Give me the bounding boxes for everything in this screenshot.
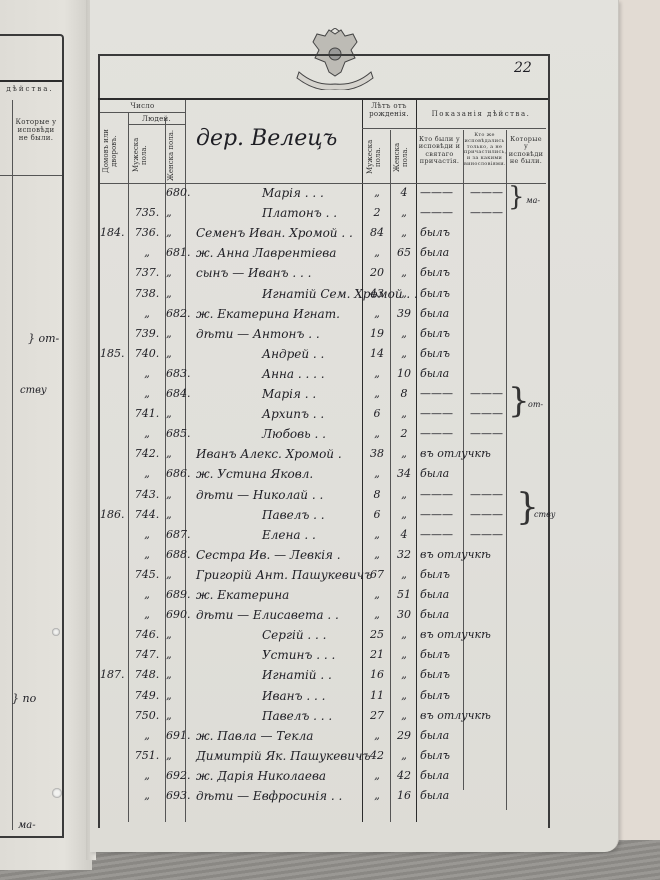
left-header-rule xyxy=(0,80,62,82)
age-male: 14 xyxy=(364,347,390,360)
male-soul-number: 738. xyxy=(130,287,164,300)
age-male: 38 xyxy=(364,447,390,460)
person-name: ж. Екатерина xyxy=(196,588,289,602)
female-soul-number: 684. xyxy=(166,387,186,400)
person-name: Иванъ Алекс. Хромой . xyxy=(196,447,342,461)
col-rule-only-confession xyxy=(506,130,507,810)
header-age-male: Мужеска пола. xyxy=(366,132,388,182)
age-female: „ xyxy=(392,689,416,702)
female-soul-number: „ xyxy=(166,266,186,279)
person-name: ж. Дарія Николаева xyxy=(196,769,326,783)
header-confessed: Кто были у исповѣди и святаго причастія. xyxy=(417,136,462,166)
person-name: Андрей . . xyxy=(262,347,324,361)
male-soul-number: 748. xyxy=(130,668,164,681)
confession-status-2: ——— xyxy=(470,528,503,541)
male-soul-number: 749. xyxy=(130,689,164,702)
age-male: 6 xyxy=(364,407,390,420)
left-facing-page: дѣйства. Которые у исповѣди не были. } о… xyxy=(0,0,92,870)
age-male: 43 xyxy=(364,287,390,300)
confession-status-2: ——— xyxy=(470,407,503,420)
age-female: „ xyxy=(392,287,416,300)
female-soul-number: 692. xyxy=(166,769,186,782)
age-male: „ xyxy=(364,588,390,601)
confession-status: ——— xyxy=(420,528,453,541)
female-soul-number: „ xyxy=(166,488,186,501)
confession-status: былъ xyxy=(420,689,450,702)
age-male: 27 xyxy=(364,709,390,722)
age-male: „ xyxy=(364,307,390,320)
female-soul-number: „ xyxy=(166,749,186,762)
female-soul-number: „ xyxy=(166,347,186,360)
header-testimony: Показанія дѣйства. xyxy=(416,110,546,118)
male-soul-number: „ xyxy=(130,608,164,621)
rule-count xyxy=(100,112,185,113)
male-soul-number: „ xyxy=(130,246,164,259)
female-soul-number: 689. xyxy=(166,588,186,601)
confession-status: была xyxy=(420,588,449,601)
female-soul-number: „ xyxy=(166,327,186,340)
female-soul-number: „ xyxy=(166,709,186,722)
left-note-2: ству xyxy=(20,385,47,396)
male-soul-number: 737. xyxy=(130,266,164,279)
margin-note-1: ма- xyxy=(526,196,540,205)
village-title: дер. Велецъ xyxy=(196,126,337,151)
left-header-fragment: дѣйства. xyxy=(2,85,58,93)
age-female: 4 xyxy=(392,528,416,541)
female-soul-number: 685. xyxy=(166,427,186,440)
male-soul-number: 735. xyxy=(130,206,164,219)
age-female: „ xyxy=(392,266,416,279)
confession-status: была xyxy=(420,467,449,480)
house-number: 184. xyxy=(100,226,128,239)
age-female: 10 xyxy=(392,367,416,380)
confession-status: ——— xyxy=(420,387,453,400)
age-female: „ xyxy=(392,347,416,360)
header-count: Число xyxy=(100,102,185,110)
age-female: „ xyxy=(392,447,416,460)
confession-status: ——— xyxy=(420,508,453,521)
person-name: Марія . . xyxy=(262,387,316,401)
age-male: 84 xyxy=(364,226,390,239)
left-page-frame xyxy=(0,34,64,838)
person-name: сынъ — Иванъ . . . xyxy=(196,266,311,280)
confession-status: былъ xyxy=(420,266,450,279)
confession-status: былъ xyxy=(420,287,450,300)
person-name: Елена . . xyxy=(262,528,316,542)
male-soul-number: „ xyxy=(130,387,164,400)
male-soul-number: 741. xyxy=(130,407,164,420)
age-female: „ xyxy=(392,226,416,239)
age-male: „ xyxy=(364,729,390,742)
person-name: Павелъ . . xyxy=(262,508,325,522)
person-name: ж. Екатерина Игнат. xyxy=(196,307,340,321)
house-number: 186. xyxy=(100,508,128,521)
confession-status: былъ xyxy=(420,749,450,762)
male-soul-number: 746. xyxy=(130,628,164,641)
binding-hole xyxy=(52,788,62,798)
age-male: 67 xyxy=(364,568,390,581)
female-soul-number: „ xyxy=(166,628,186,641)
confession-status-2: ——— xyxy=(470,427,503,440)
age-male: 21 xyxy=(364,648,390,661)
person-name: дѣти — Антонъ . . xyxy=(196,327,320,341)
female-soul-number: 688. xyxy=(166,548,186,561)
age-female: 16 xyxy=(392,789,416,802)
female-soul-number: „ xyxy=(166,287,186,300)
male-soul-number: „ xyxy=(130,528,164,541)
age-female: „ xyxy=(392,648,416,661)
header-female: Женска пола. xyxy=(167,128,183,182)
male-soul-number: 743. xyxy=(130,488,164,501)
age-female: „ xyxy=(392,668,416,681)
confession-status: ——— xyxy=(420,407,453,420)
male-soul-number: „ xyxy=(130,467,164,480)
age-female: 39 xyxy=(392,307,416,320)
female-soul-number: „ xyxy=(166,508,186,521)
margin-note-3: ству xyxy=(534,510,555,519)
male-soul-number: 736. xyxy=(130,226,164,239)
confession-status: была xyxy=(420,246,449,259)
confession-status-2: ——— xyxy=(470,387,503,400)
male-soul-number: „ xyxy=(130,789,164,802)
age-female: „ xyxy=(392,488,416,501)
confession-status: былъ xyxy=(420,648,450,661)
age-male: „ xyxy=(364,769,390,782)
female-soul-number: „ xyxy=(166,568,186,581)
confession-status-2: ——— xyxy=(470,488,503,501)
person-name: Григорій Ант. Пашукевичъ xyxy=(196,568,372,582)
age-male: „ xyxy=(364,608,390,621)
age-female: 51 xyxy=(392,588,416,601)
female-soul-number: „ xyxy=(166,226,186,239)
header-age: Лѣтъ отъ рожденія. xyxy=(362,102,416,118)
person-name: дѣти — Евфросинія . . xyxy=(196,789,342,803)
age-female: 2 xyxy=(392,427,416,440)
house-number: 187. xyxy=(100,668,128,681)
age-female: 34 xyxy=(392,467,416,480)
confession-status: въ отлучкѣ xyxy=(420,628,491,641)
brace-group-2: } xyxy=(508,384,530,418)
age-male: 20 xyxy=(364,266,390,279)
confession-status: была xyxy=(420,307,449,320)
age-female: „ xyxy=(392,327,416,340)
confession-status-2: ——— xyxy=(470,186,503,199)
age-male: „ xyxy=(364,467,390,480)
col-rule-houses xyxy=(128,112,129,822)
female-soul-number: 682. xyxy=(166,307,186,320)
female-soul-number: „ xyxy=(166,407,186,420)
male-soul-number: „ xyxy=(130,769,164,782)
header-souls: Людей. xyxy=(128,115,185,123)
confession-status: ——— xyxy=(420,206,453,219)
confession-status: была xyxy=(420,769,449,782)
female-soul-number: 693. xyxy=(166,789,186,802)
male-soul-number: 750. xyxy=(130,709,164,722)
age-male: 2 xyxy=(364,206,390,219)
person-name: Игнатій . . xyxy=(262,668,332,682)
age-female: 30 xyxy=(392,608,416,621)
age-female: „ xyxy=(392,749,416,762)
person-name: Платонъ . . xyxy=(262,206,337,220)
female-soul-number: „ xyxy=(166,206,186,219)
male-soul-number: 742. xyxy=(130,447,164,460)
male-soul-number: „ xyxy=(130,548,164,561)
female-soul-number: 686. xyxy=(166,467,186,480)
age-male: 19 xyxy=(364,327,390,340)
header-houses: Домовъ или дворовъ. xyxy=(102,122,126,180)
confession-status: была xyxy=(420,789,449,802)
left-col-not-confessed: Которые у исповѣди не были. xyxy=(14,118,58,142)
female-soul-number: „ xyxy=(166,668,186,681)
person-name: Семенъ Иван. Хромой . . xyxy=(196,226,353,240)
female-soul-number: 681. xyxy=(166,246,186,259)
header-top-rule xyxy=(98,98,548,100)
person-name: ж. Павла — Текла xyxy=(196,729,313,743)
person-name: Устинъ . . . xyxy=(262,648,335,662)
confession-status: была xyxy=(420,608,449,621)
age-female: „ xyxy=(392,508,416,521)
male-soul-number: „ xyxy=(130,427,164,440)
female-soul-number: 687. xyxy=(166,528,186,541)
confession-status: въ отлучкѣ xyxy=(420,447,491,460)
age-female: „ xyxy=(392,568,416,581)
age-male: „ xyxy=(364,186,390,199)
person-name: Павелъ . . . xyxy=(262,709,332,723)
col-rule-age-f xyxy=(416,100,417,822)
female-soul-number: „ xyxy=(166,648,186,661)
age-male: „ xyxy=(364,427,390,440)
age-female: 4 xyxy=(392,186,416,199)
person-name: Марія . . . xyxy=(262,186,324,200)
header-male: Мужеска пола. xyxy=(132,128,162,182)
male-soul-number: „ xyxy=(130,588,164,601)
book-edge xyxy=(618,0,660,840)
age-female: 8 xyxy=(392,387,416,400)
age-female: „ xyxy=(392,628,416,641)
confession-status-2: ——— xyxy=(470,206,503,219)
confession-status: въ отлучкѣ xyxy=(420,709,491,722)
rule-age xyxy=(362,128,546,129)
person-name: Любовь . . xyxy=(262,427,326,441)
left-note-3: } по xyxy=(12,692,36,705)
confession-status: въ отлучкѣ xyxy=(420,548,491,561)
person-name: ж. Анна Лаврентіева xyxy=(196,246,336,260)
male-soul-number: „ xyxy=(130,307,164,320)
male-soul-number: „ xyxy=(130,367,164,380)
left-note-1: } от- xyxy=(28,332,59,345)
header-age-female: Женска пола. xyxy=(393,132,415,182)
header-not-confessed: Которые у исповѣди не были. xyxy=(507,136,545,166)
age-female: 29 xyxy=(392,729,416,742)
age-male: „ xyxy=(364,548,390,561)
col-rule-name xyxy=(362,100,363,822)
female-soul-number: 683. xyxy=(166,367,186,380)
male-soul-number: „ xyxy=(130,729,164,742)
header-only-confession: Кто же исповѣдались только, а не причаст… xyxy=(464,133,505,168)
female-soul-number: „ xyxy=(166,447,186,460)
person-name: Сестра Ив. — Левкія . xyxy=(196,548,341,562)
age-male: „ xyxy=(364,789,390,802)
male-soul-number: 740. xyxy=(130,347,164,360)
age-male: 25 xyxy=(364,628,390,641)
male-soul-number: 747. xyxy=(130,648,164,661)
age-female: 32 xyxy=(392,548,416,561)
confession-status: былъ xyxy=(420,347,450,360)
confession-status: былъ xyxy=(420,568,450,581)
age-male: „ xyxy=(364,528,390,541)
male-soul-number: 745. xyxy=(130,568,164,581)
person-name: ж. Устина Яковл. xyxy=(196,467,313,481)
confession-status: ——— xyxy=(420,427,453,440)
age-male: 42 xyxy=(364,749,390,762)
confession-status: ——— xyxy=(420,186,453,199)
margin-note-2: от- xyxy=(528,400,543,409)
brace-group-3: } xyxy=(516,490,539,526)
age-male: 16 xyxy=(364,668,390,681)
female-soul-number: 680. xyxy=(166,186,186,199)
age-female: „ xyxy=(392,709,416,722)
age-female: 65 xyxy=(392,246,416,259)
male-soul-number: 751. xyxy=(130,749,164,762)
left-header-bottom-rule xyxy=(0,175,62,176)
age-female: „ xyxy=(392,206,416,219)
rule-souls xyxy=(128,124,185,125)
confession-status: былъ xyxy=(420,668,450,681)
age-male: „ xyxy=(364,367,390,380)
left-col-rule xyxy=(12,100,13,830)
age-male: 11 xyxy=(364,689,390,702)
binding-hole xyxy=(52,628,60,636)
confession-status: былъ xyxy=(420,226,450,239)
col-rule-age-m xyxy=(390,130,391,822)
person-name: дѣти — Елисавета . . xyxy=(196,608,339,622)
person-name: дѣти — Николай . . xyxy=(196,488,323,502)
person-name: Иванъ . . . xyxy=(262,689,325,703)
confession-status: была xyxy=(420,729,449,742)
person-name: Архипъ . . xyxy=(262,407,324,421)
female-soul-number: 691. xyxy=(166,729,186,742)
header-bottom-rule xyxy=(100,183,546,184)
brace-group-1: } xyxy=(508,184,525,210)
male-soul-number: 739. xyxy=(130,327,164,340)
age-male: 8 xyxy=(364,488,390,501)
age-male: „ xyxy=(364,246,390,259)
confession-status: была xyxy=(420,367,449,380)
female-soul-number: „ xyxy=(166,689,186,702)
person-name: Димитрій Як. Пашукевичъ xyxy=(196,749,370,763)
person-name: Анна . . . . xyxy=(262,367,325,381)
age-male: „ xyxy=(364,387,390,400)
male-soul-number: 744. xyxy=(130,508,164,521)
confession-status: былъ xyxy=(420,327,450,340)
house-number: 185. xyxy=(100,347,128,360)
confession-status: ——— xyxy=(420,488,453,501)
person-name: Сергій . . . xyxy=(262,628,326,642)
age-female: „ xyxy=(392,407,416,420)
left-note-4: ма- xyxy=(18,820,36,831)
female-soul-number: 690. xyxy=(166,608,186,621)
age-male: 6 xyxy=(364,508,390,521)
confession-status-2: ——— xyxy=(470,508,503,521)
age-female: 42 xyxy=(392,769,416,782)
